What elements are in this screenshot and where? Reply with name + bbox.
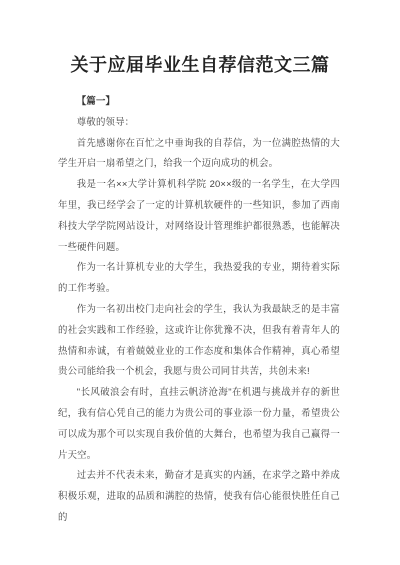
paragraph: 我是一名××大学计算机科学院 20××级的一名学生，在大学四年里，我已经学会了一… bbox=[58, 174, 340, 257]
paragraph: 过去并不代表未来，勤奋才是真实的内涵，在求学之路中养成积极乐观，进取的品质和满腔… bbox=[58, 465, 340, 527]
paragraph: 作为一名计算机专业的大学生，我热爱我的专业，期待着实际的工作考验。 bbox=[58, 257, 340, 299]
paragraph: 首先感谢你在百忙之中垂询我的自荐信，为一位满腔热情的大学生开启一扇希望之门，给我… bbox=[58, 133, 340, 175]
document-title: 关于应届毕业生自荐信范文三篇 bbox=[0, 54, 400, 76]
paragraph: "长风破浪会有时，直挂云帆济沧海"在机遇与挑战并存的新世纪，我有信心凭自己的能力… bbox=[58, 382, 340, 465]
paragraph: 作为一名初出校门走向社会的学生，我认为我最缺乏的是丰富的社会实践和工作经验，这或… bbox=[58, 299, 340, 382]
document-body: 【篇一】 尊敬的领导： 首先感谢你在百忙之中垂询我的自荐信，为一位满腔热情的大学… bbox=[0, 91, 400, 528]
document-page: 关于应届毕业生自荐信范文三篇 【篇一】 尊敬的领导： 首先感谢你在百忙之中垂询我… bbox=[0, 0, 400, 565]
section-label: 【篇一】 bbox=[58, 91, 340, 112]
salutation: 尊敬的领导： bbox=[58, 112, 340, 133]
